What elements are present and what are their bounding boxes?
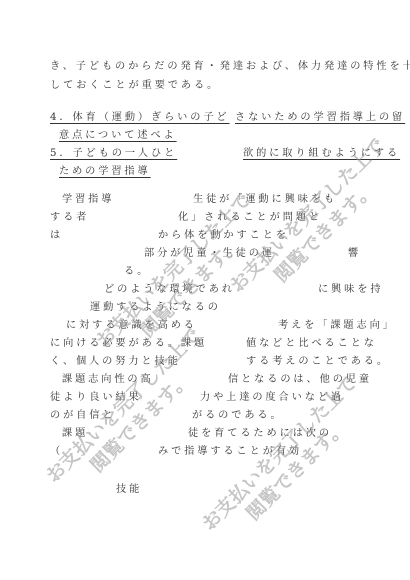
body-line-left: どのような環境であれ	[104, 284, 235, 296]
body-line-left: 徒より良い結果	[50, 392, 142, 404]
body-line-left: 運動するようになるの	[90, 302, 221, 314]
body-line-right: みで指導することが有効	[158, 446, 302, 458]
body-line-left: する者	[50, 212, 89, 224]
body-line-right: 生徒が「運動に興味をも	[193, 194, 337, 206]
body-line-left: （	[50, 446, 63, 458]
body-line-left: る。	[124, 266, 150, 278]
body-line-right: がるのである。	[192, 410, 284, 422]
body-line-left: のが自信と	[50, 410, 115, 422]
body-line-left: 課題	[62, 428, 88, 440]
document-page: き、子どものからだの発育・発達および、体力発達の特性を十分に理解 しておくことが…	[0, 0, 410, 580]
body-line-right: 信となるのは、他の児童	[228, 374, 372, 386]
question-5-heading-cont: ための学習指導	[59, 166, 151, 178]
body-line-right: 考えを「課題志向」	[278, 320, 396, 332]
body-line-left: は	[50, 230, 63, 242]
body-line-right: 値などと比べることな	[246, 338, 377, 350]
body-line-right: 力や上達の度合いなど過	[200, 392, 344, 404]
body-line-right: に興味を持	[318, 284, 383, 296]
watermark: お支払いを完了した上で 閲覧できます。	[186, 360, 390, 564]
question-5-heading-right: 欲的に取り組むようにする	[243, 148, 400, 160]
body-line-left: く、個人の努力と技能	[50, 356, 181, 368]
body-line-right: から体を動かすことを	[158, 230, 289, 242]
body-line-left: 学習指導	[62, 194, 114, 206]
question-4-heading-left: 4．体育（運動）ぎらいの子ど	[50, 112, 230, 124]
body-line-left: に対する意識を高める	[66, 320, 197, 332]
paragraph-line: しておくことが重要である。	[50, 80, 220, 92]
question-4-heading-cont: 意点について述べよ	[59, 130, 177, 142]
question-5-heading-left: 5．子どもの一人ひと	[50, 148, 177, 160]
body-line-right: 徒を育てるためには次の	[188, 428, 332, 440]
watermark: お支払いを完了した上で 閲覧できます。	[80, 177, 284, 381]
body-line-right: 化」されることが問題と	[178, 212, 322, 224]
body-line-right: 部分が児童・生徒の運	[144, 248, 275, 260]
body-line-right: する考えのことである。	[246, 356, 390, 368]
body-line-far-right: 響	[348, 248, 361, 260]
paragraph-line: き、子どものからだの発育・発達および、体力発達の特性を十分に理解	[50, 61, 410, 73]
watermark-line-2: 閲覧できます。	[203, 377, 390, 564]
body-line-left: に向ける必要がある。課題	[50, 338, 207, 350]
question-4-heading-right: さないための学習指導上の留	[235, 112, 405, 124]
body-line-left: 課題志向性の高	[62, 374, 154, 386]
body-line-left: 技能	[116, 484, 142, 496]
